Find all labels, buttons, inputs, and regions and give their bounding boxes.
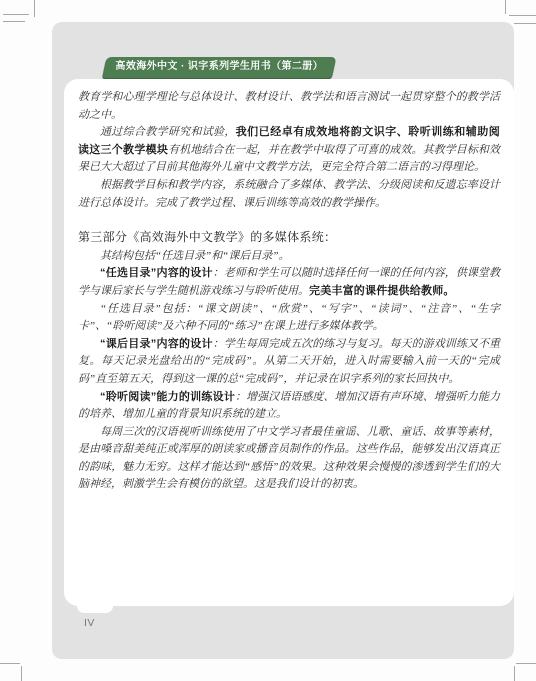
- text-segment-bold: 完美丰富的课件提供给教师。: [309, 285, 455, 297]
- crop-mark-top-right-v: [505, 0, 506, 14]
- crop-mark-bottom-left-h: [0, 663, 20, 664]
- book-page: 高效海外中文 · 识字系列学生用书（第二册） 教育学和心理学理论与总体设计、教材…: [0, 0, 536, 681]
- text-segment-kai: 每周三次的汉语视听训练使用了中文学习者最佳童谣、儿歌、童话、故事等素材，是由嗓音…: [78, 426, 500, 491]
- series-title-label: 高效海外中文 · 识字系列学生用书（第二册）: [115, 57, 323, 76]
- page-number: IV: [84, 617, 95, 629]
- text-segment-kai: 通过综合教学研究和试验，: [100, 126, 236, 138]
- body-text: 教育学和心理学理论与总体设计、教材设计、教学法和语言测试一起贯穿整个的教学活动之…: [78, 89, 500, 494]
- text-segment-bold: “课后目录”内容的设计: [100, 338, 213, 350]
- panel-bottom-tab: [77, 604, 113, 613]
- crop-mark-top-right-h1: [509, 15, 536, 16]
- paragraph: 根据教学目标和教学内容，系统融合了多媒体、教学法、分级阅读和反遗忘率设计进行总体…: [78, 177, 500, 212]
- text-segment-kai: 其结构包括“任选目录”和“课后目录”。: [100, 250, 289, 262]
- paragraph: 通过综合教学研究和试验，我们已经卓有成效地将韵文识字、聆听训练和辅助阅读这三个教…: [78, 124, 500, 177]
- text-segment-kai: “任选目录”包括：“课文朗读”、“欣赏”、“写字”、“读词”、“注音”、“生字卡…: [78, 303, 500, 333]
- text-segment-bold: “聆听阅读”能力的训练设计: [100, 391, 235, 403]
- crop-mark-top-left-v: [34, 0, 35, 17]
- paragraph: 其结构包括“任选目录”和“课后目录”。: [78, 248, 500, 266]
- paragraph: “聆听阅读”能力的训练设计：增强汉语语感度、增加汉语有声环境、增强听力能力的培养…: [78, 389, 500, 424]
- paragraph: 每周三次的汉语视听训练使用了中文学习者最佳童谣、儿歌、童话、故事等素材，是由嗓音…: [78, 424, 500, 494]
- text-segment-kai: 教育学和心理学理论与总体设计、教材设计、教学法和语言测试一起贯穿整个的教学活动之…: [78, 91, 500, 121]
- text-panel: 教育学和心理学理论与总体设计、教材设计、教学法和语言测试一起贯穿整个的教学活动之…: [64, 79, 514, 606]
- paragraph: “课后目录”内容的设计：学生每周完成五次的练习与复习。每天的游戏训练又不重复。每…: [78, 336, 500, 389]
- series-title-badge: 高效海外中文 · 识字系列学生用书（第二册）: [102, 57, 337, 80]
- crop-mark-bottom-right-v: [514, 666, 515, 681]
- crop-mark-top-left-h1: [3, 14, 29, 15]
- crop-mark-bottom-right-h: [516, 663, 536, 664]
- paragraph: “任选目录”内容的设计：老师和学生可以随时选择任何一课的任何内容，供课堂教学与课…: [78, 265, 500, 300]
- paragraph: 教育学和心理学理论与总体设计、教材设计、教学法和语言测试一起贯穿整个的教学活动之…: [78, 89, 500, 124]
- paragraph: “任选目录”包括：“课文朗读”、“欣赏”、“写字”、“读词”、“注音”、“生字卡…: [78, 301, 500, 336]
- crop-mark-top-right-h2: [514, 23, 536, 24]
- crop-mark-top-left-h2: [3, 21, 25, 22]
- section-heading: 第三部分《高效海外中文教学》的多媒体系统：: [78, 229, 500, 247]
- text-segment-song: 第三部分《高效海外中文教学》的多媒体系统：: [78, 230, 336, 244]
- text-segment-bold: “任选目录”内容的设计: [100, 267, 213, 279]
- text-segment-kai: 根据教学目标和教学内容，系统融合了多媒体、教学法、分级阅读和反遗忘率设计进行总体…: [78, 179, 500, 209]
- crop-mark-bottom-left-v: [21, 666, 22, 681]
